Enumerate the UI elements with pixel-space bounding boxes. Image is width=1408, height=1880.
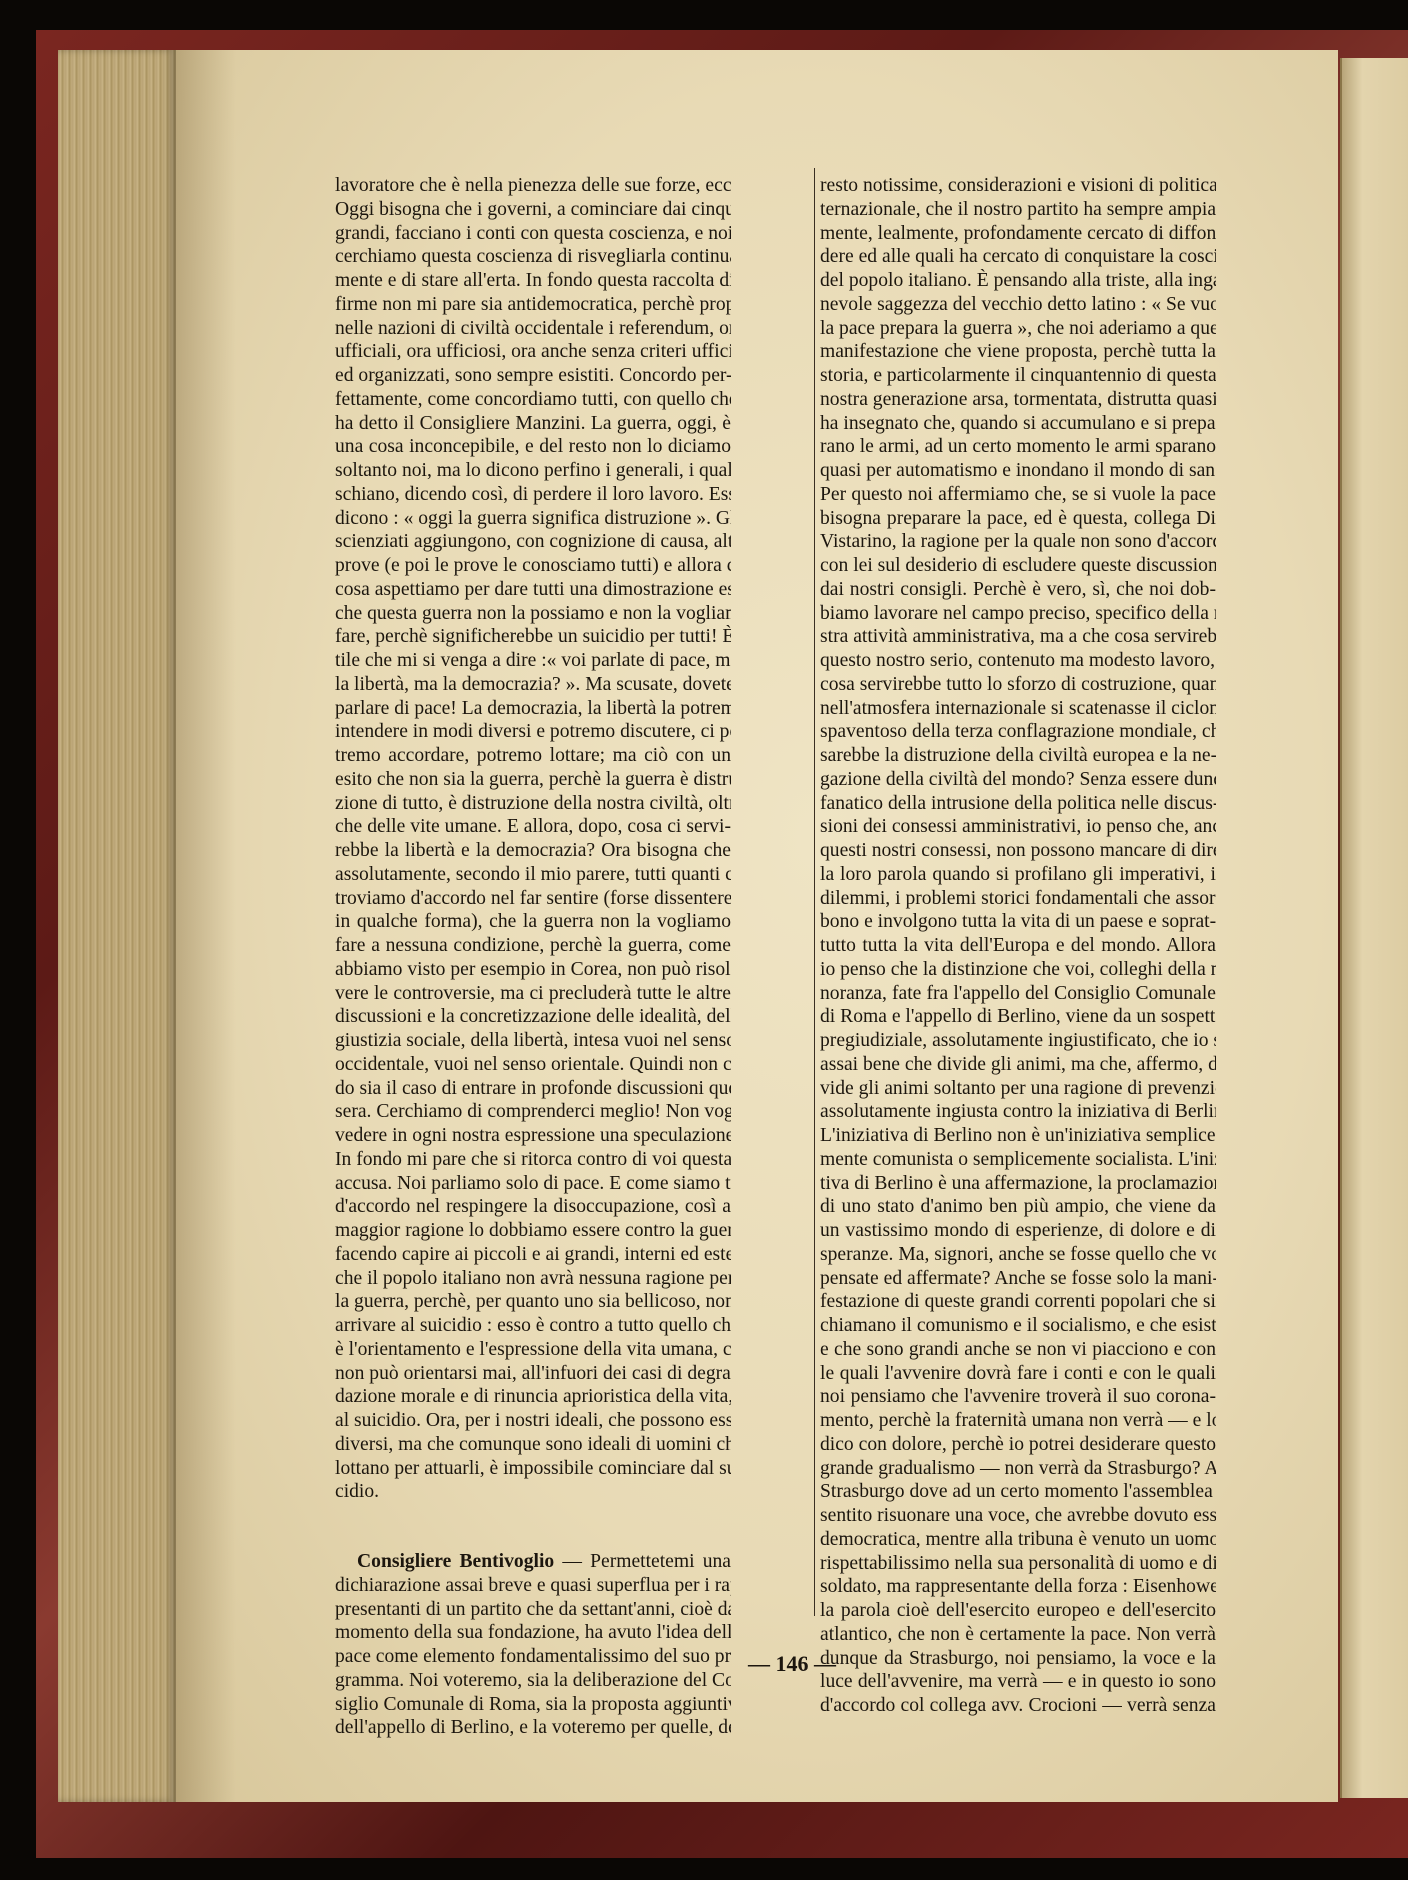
text-line: vere le controversie, ma ci precluderà t… [335,982,731,1006]
text-line: quasi per automatismo e inondano il mond… [820,459,1216,483]
text-line: nelle nazioni di civiltà occidentale i r… [335,317,731,341]
text-line: non può orientarsi mai, all'infuori dei … [335,1362,731,1386]
text-line: rebbe la libertà e la democrazia? Ora bi… [335,839,731,863]
text-line: rispettabilissimo nella sua personalità … [820,1552,1216,1576]
text-line: Strasburgo dove ad un certo momento l'as… [820,1480,1216,1504]
text-line: è l'orientamento e l'espressione della v… [335,1338,731,1362]
text-line: un vastissimo mondo di esperienze, di do… [820,1219,1216,1243]
text-line: fare, perchè significherebbe un suicidio… [335,625,731,649]
text-line: Oggi bisogna che i governi, a cominciare… [335,198,731,222]
text-line: prove (e poi le prove le conosciamo tutt… [335,554,731,578]
text-line: la guerra, perchè, per quanto uno sia be… [335,1290,731,1314]
text-line: manifestazione che viene proposta, perch… [820,340,1216,364]
speech-first-line: Consigliere Bentivoglio — Permettetemi u… [335,1550,731,1574]
text-line: soltanto noi, ma lo dicono perfino i gen… [335,459,731,483]
text-line: spaventoso della terza conflagrazione mo… [820,720,1216,744]
text-line: grandi, facciano i conti con questa cosc… [335,222,731,246]
text-line: bisogna preparare la pace, ed è questa, … [820,507,1216,531]
page-number: — 146 — [748,1651,836,1677]
text-line: L'iniziativa di Berlino non è un'iniziat… [820,1124,1216,1148]
text-line: zione di tutto, è distruzione della nost… [335,792,731,816]
text-line: stra attività amministrativa, ma a che c… [820,625,1216,649]
text-line: d'accordo nel respingere la disoccupazio… [335,1195,731,1219]
text-line: assolutamente, secondo il mio parere, tu… [335,863,731,887]
text-line: ternazionale, che il nostro partito ha s… [820,198,1216,222]
text-line: dere ed alle quali ha cercato di conquis… [820,245,1216,269]
text-line: momento della sua fondazione, ha avuto l… [335,1621,731,1645]
text-line: sentito risuonare una voce, che avrebbe … [820,1504,1216,1528]
text-line: chiamano il comunismo e il socialismo, e… [820,1314,1216,1338]
text-line: cosa aspettiamo per dare tutti una dimos… [335,578,731,602]
text-line: che questa guerra non la possiamo e non … [335,602,731,626]
text-line: occidentale, vuoi nel senso orientale. Q… [335,1053,731,1077]
text-line: cosa servirebbe tutto lo sforzo di costr… [820,673,1216,697]
text-line: mente, lealmente, profondamente cercato … [820,222,1216,246]
text-line: esito che non sia la guerra, perchè la g… [335,768,731,792]
text-line: la parola cioè dell'esercito europeo e d… [820,1599,1216,1623]
text-line: presentanti di un partito che da settant… [335,1598,731,1622]
text-line: resto notissime, considerazioni e vision… [820,174,1216,198]
text-line: del popolo italiano. È pensando alla tri… [820,269,1216,293]
text-line: di uno stato d'animo ben più ampio, che … [820,1195,1216,1219]
text-line: maggior ragione lo dobbiamo essere contr… [335,1219,731,1243]
text-line: lavoratore che è nella pienezza delle su… [335,174,731,198]
text-line: fare a nessuna condizione, perchè la gue… [335,934,731,958]
text-line: una cosa inconcepibile, e del resto non … [335,435,731,459]
text-line: dilemmi, i problemi storici fondamentali… [820,887,1216,911]
text-line: abbiamo visto per esempio in Corea, non … [335,958,731,982]
text-line: soldato, ma rappresentante della forza :… [820,1575,1216,1599]
text-line: sioni dei consessi amministrativi, io pe… [820,815,1216,839]
text-line: nell'atmosfera internazionale si scatena… [820,697,1216,721]
text-line: la pace prepara la guerra », che noi ade… [820,317,1216,341]
text-line: assai bene che divide gli animi, ma che,… [820,1053,1216,1077]
text-line: atlantico, che non è certamente la pace.… [820,1623,1216,1647]
text-line: mente comunista o semplicemente socialis… [820,1148,1216,1172]
text-line: pregiudiziale, assolutamente ingiustific… [820,1029,1216,1053]
text-line: dichiarazione assai breve e quasi superf… [335,1574,731,1598]
text-line: di Roma e l'appello di Berlino, viene da… [820,1005,1216,1029]
speaker-name: Consigliere Bentivoglio [357,1551,554,1572]
text-line: mente e di stare all'erta. In fondo ques… [335,269,731,293]
text-line: dell'appello di Berlino, e la voteremo p… [335,1716,731,1740]
text-line: tiva di Berlino è una affermazione, la p… [820,1172,1216,1196]
text-line: luce dell'avvenire, ma verrà — e in ques… [820,1670,1216,1694]
text-line: sarebbe la distruzione della civiltà eur… [820,744,1216,768]
text-line: le quali l'avvenire dovrà fare i conti e… [820,1362,1216,1386]
text-line: arrivare al suicidio : esso è contro a t… [335,1314,731,1338]
text-line: speranze. Ma, signori, anche se fosse qu… [820,1243,1216,1267]
text-line: discussioni e la concretizzazione delle … [335,1005,731,1029]
text-line: firme non mi pare sia antidemocratica, p… [335,293,731,317]
text-line: do sia il caso di entrare in profonde di… [335,1077,731,1101]
text-line: accusa. Noi parliamo solo di pace. E com… [335,1172,731,1196]
text-line: vide gli animi soltanto per una ragione … [820,1077,1216,1101]
text-line: festazione di queste grandi correnti pop… [820,1290,1216,1314]
text-line: assolutamente ingiusta contro la iniziat… [820,1100,1216,1124]
text-line: bono e involgono tutta la vita di un pae… [820,910,1216,934]
text-line: Vistarino, la ragione per la quale non s… [820,530,1216,554]
right-column: resto notissime, considerazioni e vision… [820,174,1216,1718]
text-line: giustizia sociale, della libertà, intesa… [335,1029,731,1053]
text-line: tremo accordare, potremo lottare; ma ciò… [335,744,731,768]
text-line: democratica, mentre alla tribuna è venut… [820,1528,1216,1552]
text-line: facendo capire ai piccoli e ai grandi, i… [335,1243,731,1267]
text-line: dai nostri consigli. Perchè è vero, sì, … [820,578,1216,602]
text-line: scienziati aggiungono, con cognizione di… [335,530,731,554]
text-line: nostra generazione arsa, tormentata, dis… [820,388,1216,412]
text-line: gramma. Noi voteremo, sia la deliberazio… [335,1669,731,1693]
text-line: in qualche forma), che la guerra non la … [335,910,731,934]
text-line: lottano per attuarli, è impossibile comi… [335,1457,731,1481]
text-line: ufficiali, ora ufficiosi, ora anche senz… [335,340,731,364]
text-line: gazione della civiltà del mondo? Senza e… [820,768,1216,792]
text-line: rano le armi, ad un certo momento le arm… [820,435,1216,459]
text-line: ha detto il Consigliere Manzini. La guer… [335,412,731,436]
text-line: schiano, dicendo così, di perdere il lor… [335,483,731,507]
text-line: dazione morale e di rinuncia aprioristic… [335,1385,731,1409]
text-line: tile che mi si venga a dire :« voi parla… [335,649,731,673]
text-line: Per questo noi affermiamo che, se si vuo… [820,483,1216,507]
text-line: d'accordo col collega avv. Crocioni — ve… [820,1694,1216,1718]
text-line: ha insegnato che, quando si accumulano e… [820,412,1216,436]
paragraph-gap [335,1504,731,1550]
text-line: intendere in modi diversi e potremo disc… [335,720,731,744]
speech-text: — Permettetemi una [554,1551,731,1572]
text-line: pensate ed affermate? Anche se fosse sol… [820,1267,1216,1291]
text-line: storia, e particolarmente il cinquantenn… [820,364,1216,388]
facing-page-edge [1340,58,1408,1798]
text-line: la loro parola quando si profilano gli i… [820,863,1216,887]
text-line: troviamo d'accordo nel far sentire (fors… [335,887,731,911]
text-line: mento, perchè la fraternità umana non ve… [820,1409,1216,1433]
text-line: che il popolo italiano non avrà nessuna … [335,1267,731,1291]
text-line: io penso che la distinzione che voi, col… [820,958,1216,982]
text-line: cidio. [335,1480,731,1504]
text-line: noranza, fate fra l'appello del Consigli… [820,982,1216,1006]
text-line: che delle vite umane. E allora, dopo, co… [335,815,731,839]
text-line: dunque da Strasburgo, noi pensiamo, la v… [820,1647,1216,1671]
text-line: con lei sul desiderio di escludere quest… [820,554,1216,578]
text-line: ed organizzati, sono sempre esistiti. Co… [335,364,731,388]
column-divider [814,168,815,1616]
text-line: questo nostro serio, contenuto ma modest… [820,649,1216,673]
text-line: sera. Cerchiamo di comprenderci meglio! … [335,1100,731,1124]
text-line: diversi, ma che comunque sono ideali di … [335,1433,731,1457]
text-line: cerchiamo questa coscienza di risvegliar… [335,245,731,269]
text-line: noi pensiamo che l'avvenire troverà il s… [820,1385,1216,1409]
text-line: pace come elemento fondamentalissimo del… [335,1645,731,1669]
text-line: tutto tutta la vita dell'Europa e del mo… [820,934,1216,958]
text-line: biamo lavorare nel campo preciso, specif… [820,602,1216,626]
text-line: al suicidio. Ora, per i nostri ideali, c… [335,1409,731,1433]
text-line: questi nostri consessi, non possono manc… [820,839,1216,863]
text-line: vedere in ogni nostra espressione una sp… [335,1124,731,1148]
text-line: fanatico della intrusione della politica… [820,792,1216,816]
text-line: parlare di pace! La democrazia, la liber… [335,697,731,721]
text-line: In fondo mi pare che si ritorca contro d… [335,1148,731,1172]
text-line: la libertà, ma la democrazia? ». Ma scus… [335,673,731,697]
text-line: siglio Comunale di Roma, sia la proposta… [335,1693,731,1717]
text-line: e che sono grandi anche se non vi piacci… [820,1338,1216,1362]
text-line: fettamente, come concordiamo tutti, con … [335,388,731,412]
text-line: grande gradualismo — non verrà da Strasb… [820,1457,1216,1481]
text-line: dicono : « oggi la guerra significa dist… [335,507,731,531]
text-line: nevole saggezza del vecchio detto latino… [820,293,1216,317]
text-line: dico con dolore, perchè io potrei deside… [820,1433,1216,1457]
page-edges [58,50,176,1802]
left-column: lavoratore che è nella pienezza delle su… [335,174,731,1740]
